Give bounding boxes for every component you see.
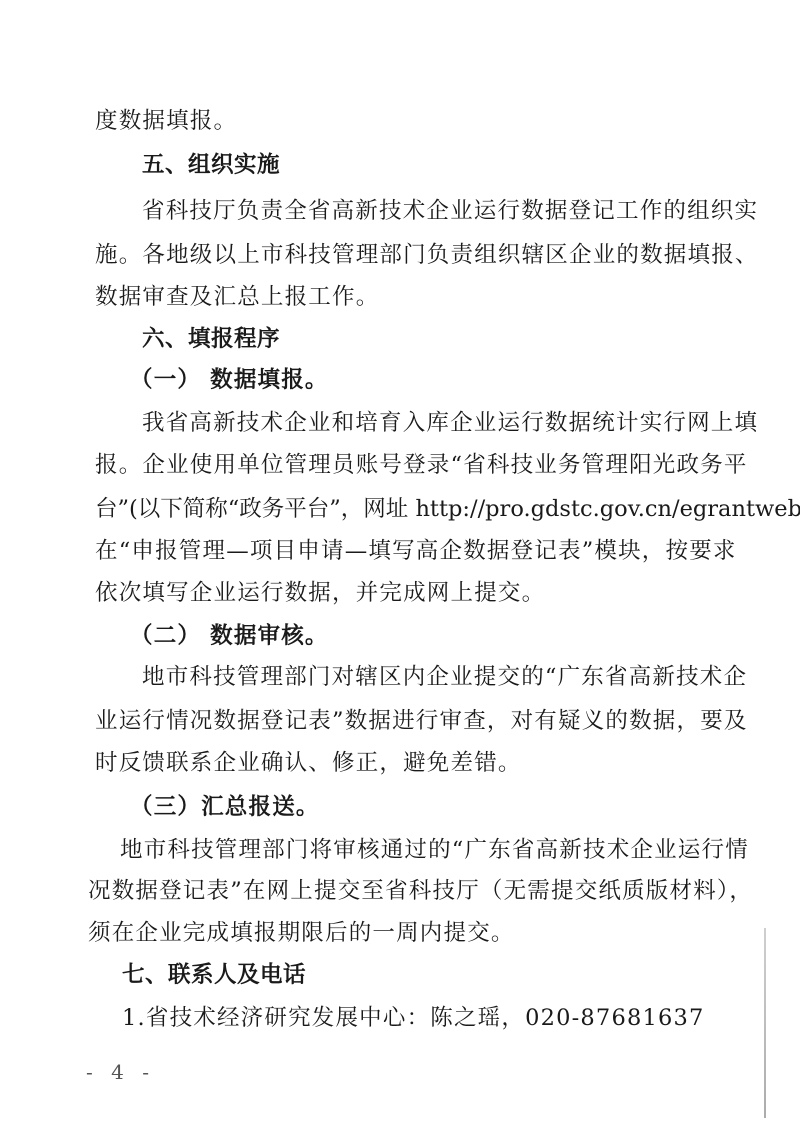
document-page: 度数据填报。 五、组织实施 省科技厅负责全省高新技术企业运行数据登记工作的组织实…: [0, 0, 800, 1131]
contact-line: 1.省技术经济研究发展中心：陈之瑶，020-87681637: [122, 1003, 742, 1033]
paragraph-line-url: 台”(以下简称“政务平台”，网址 http://pro.gdstc.gov.cn…: [95, 494, 715, 524]
paragraph-line: 报。企业使用单位管理员账号登录“省科技业务管理阳光政务平: [95, 450, 715, 480]
subsection-heading-data-review: （二） 数据审核。: [130, 621, 750, 651]
section-heading-procedure: 六、填报程序: [142, 324, 762, 354]
paragraph-line: 依次填写企业运行数据，并完成网上提交。: [95, 578, 715, 608]
subsection-heading-summary-submission: （三）汇总报送。: [130, 792, 750, 822]
paragraph-line: 度数据填报。: [95, 106, 715, 136]
paragraph-line: 时反馈联系企业确认、修正，避免差错。: [95, 748, 715, 778]
page-number: - 4 -: [86, 1060, 155, 1084]
paragraph-line: 地市科技管理部门对辖区内企业提交的“广东省高新技术企: [142, 662, 715, 692]
paragraph-line: 况数据登记表”在网上提交至省科技厅（无需提交纸质版材料），: [88, 876, 715, 906]
section-heading-contacts: 七、联系人及电话: [122, 960, 742, 990]
paragraph-line: 施。各地级以上市科技管理部门负责组织辖区企业的数据填报、: [95, 240, 715, 270]
subsection-heading-data-filing: （一） 数据填报。: [130, 365, 750, 395]
scan-artifact-line: [764, 928, 766, 1118]
paragraph-line: 地市科技管理部门将审核通过的“广东省高新技术企业运行情: [120, 835, 693, 865]
paragraph-line: 数据审查及汇总上报工作。: [95, 282, 715, 312]
section-heading-organization: 五、组织实施: [142, 150, 762, 180]
paragraph-line: 须在企业完成填报期限后的一周内提交。: [88, 918, 708, 948]
paragraph-line: 业运行情况数据登记表”数据进行审查，对有疑义的数据，要及: [95, 706, 715, 736]
paragraph-line: 在“申报管理—项目申请—填写高企数据登记表”模块，按要求: [95, 536, 715, 566]
paragraph-line: 省科技厅负责全省高新技术企业运行数据登记工作的组织实: [142, 196, 715, 226]
paragraph-line: 我省高新技术企业和培育入库企业运行数据统计实行网上填: [142, 408, 715, 438]
